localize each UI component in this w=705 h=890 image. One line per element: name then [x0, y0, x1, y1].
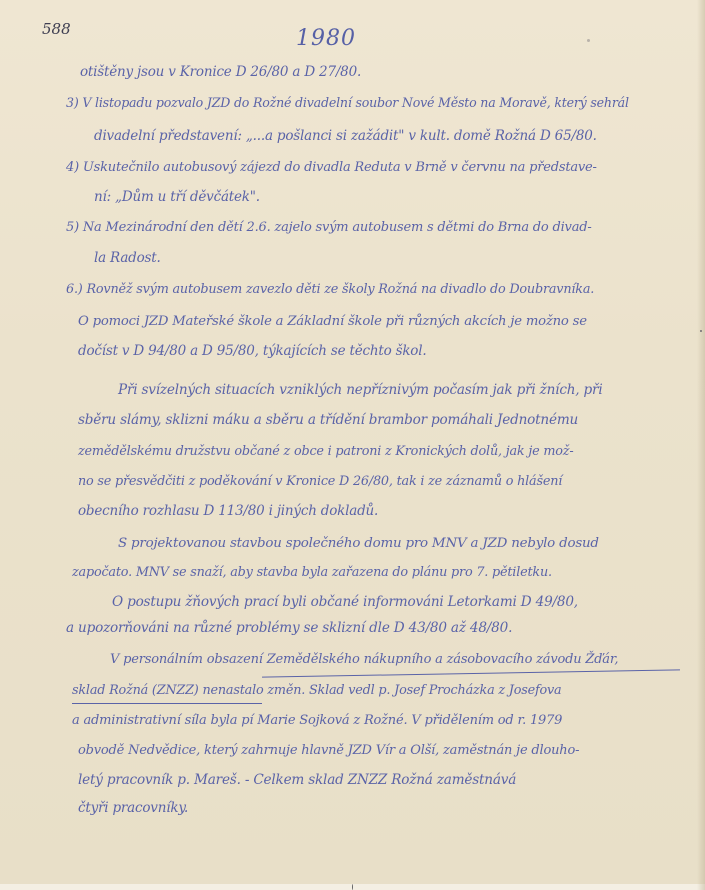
text-line: O postupu žňových prací byli občané info… — [112, 594, 578, 610]
text-line: sběru slámy, sklizni máku a sběru a tříd… — [78, 412, 578, 428]
text-line: 3) V listopadu pozvalo JZD do Rožné diva… — [66, 95, 629, 110]
text-line: a administrativní síla byla pí Marie Soj… — [72, 713, 562, 728]
text-line: letý pracovník p. Mareš. - Celkem sklad … — [78, 772, 516, 788]
text-line: obecního rozhlasu D 113/80 i jiných dokl… — [78, 503, 378, 519]
text-line: sklad Rožná (ZNZZ) nenastalo změn. Sklad… — [72, 683, 561, 698]
underline-mark — [72, 703, 262, 704]
text-line: V personálním obsazení Zemědělského náku… — [110, 652, 618, 667]
document-page: 588 1980 otištěny jsou v Kronice D 26/80… — [0, 0, 705, 890]
text-line: S projektovanou stavbou společného domu … — [118, 536, 599, 551]
year-heading: 1980 — [296, 26, 356, 51]
underline-mark — [262, 669, 680, 677]
text-line: 6.) Rovněž svým autobusem zavezlo děti z… — [66, 282, 594, 297]
page-number: 588 — [42, 20, 71, 38]
text-line: otištěny jsou v Kronice D 26/80 a D 27/8… — [80, 64, 361, 80]
text-line: a upozorňováni na různé problémy se skli… — [66, 620, 512, 636]
ink-speck — [352, 884, 353, 890]
text-line: čtyři pracovníky. — [78, 800, 188, 816]
text-line: 4) Uskutečnilo autobusový zájezd do diva… — [66, 160, 597, 175]
text-line: zemědělskému družstvu občané z obce i pa… — [78, 444, 573, 459]
text-line: Při svízelných situacích vzniklých nepří… — [118, 382, 602, 398]
text-line: divadelní představení: „...a pošlanci si… — [94, 128, 597, 144]
ink-speck — [587, 39, 590, 42]
text-line: no se přesvědčiti z poděkování v Kronice… — [78, 474, 562, 489]
text-line: ní: „Dům u tří děvčátek". — [94, 189, 260, 205]
text-line: O pomoci JZD Mateřské škole a Základní š… — [78, 314, 587, 329]
text-line: obvodě Nedvědice, který zahrnuje hlavně … — [78, 743, 579, 758]
text-line: započato. MNV se snaží, aby stavba byla … — [72, 565, 552, 580]
text-line: la Radost. — [94, 250, 161, 266]
text-line: dočíst v D 94/80 a D 95/80, týkajících s… — [78, 343, 426, 359]
text-line: 5) Na Mezinárodní den dětí 2.6. zajelo s… — [66, 220, 592, 235]
ink-speck — [700, 330, 702, 332]
